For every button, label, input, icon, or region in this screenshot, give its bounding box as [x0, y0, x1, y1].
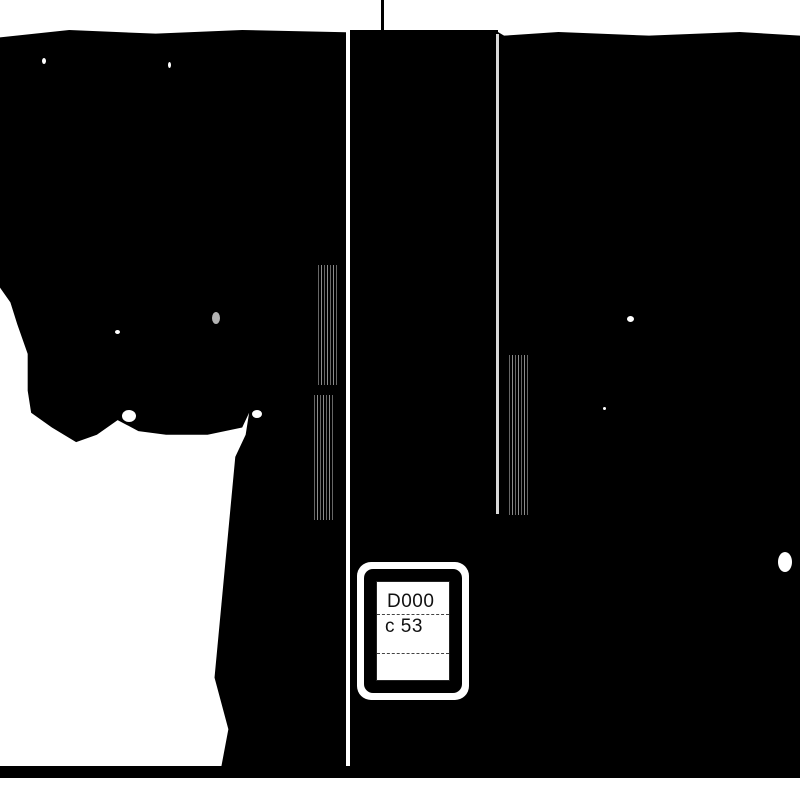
hinge-wear	[316, 265, 338, 385]
spine-label-frame: D000 c 53	[364, 569, 462, 693]
spine-right-hinge	[496, 34, 499, 514]
hinge-wear	[507, 355, 529, 515]
speck	[42, 58, 46, 64]
book-binding-scan: D000 c 53	[0, 0, 800, 800]
spine-left-hinge	[346, 34, 349, 514]
speck	[168, 62, 171, 68]
speck	[778, 552, 792, 572]
hinge-wear	[312, 395, 334, 520]
spine-label: D000 c 53	[357, 562, 469, 700]
speck	[627, 316, 634, 322]
shelfmark-line-1: D000	[377, 590, 449, 615]
speck	[115, 330, 120, 334]
top-marker-line	[381, 0, 384, 34]
label-divider	[377, 653, 449, 654]
speck	[603, 407, 606, 410]
speck	[122, 410, 136, 422]
bottom-edge	[0, 766, 800, 778]
speck	[252, 410, 262, 418]
shelfmark-line-2: c 53	[377, 615, 449, 639]
spine-label-card: D000 c 53	[376, 581, 450, 681]
speck	[212, 312, 220, 324]
front-cover	[0, 30, 346, 766]
back-cover	[498, 32, 800, 766]
